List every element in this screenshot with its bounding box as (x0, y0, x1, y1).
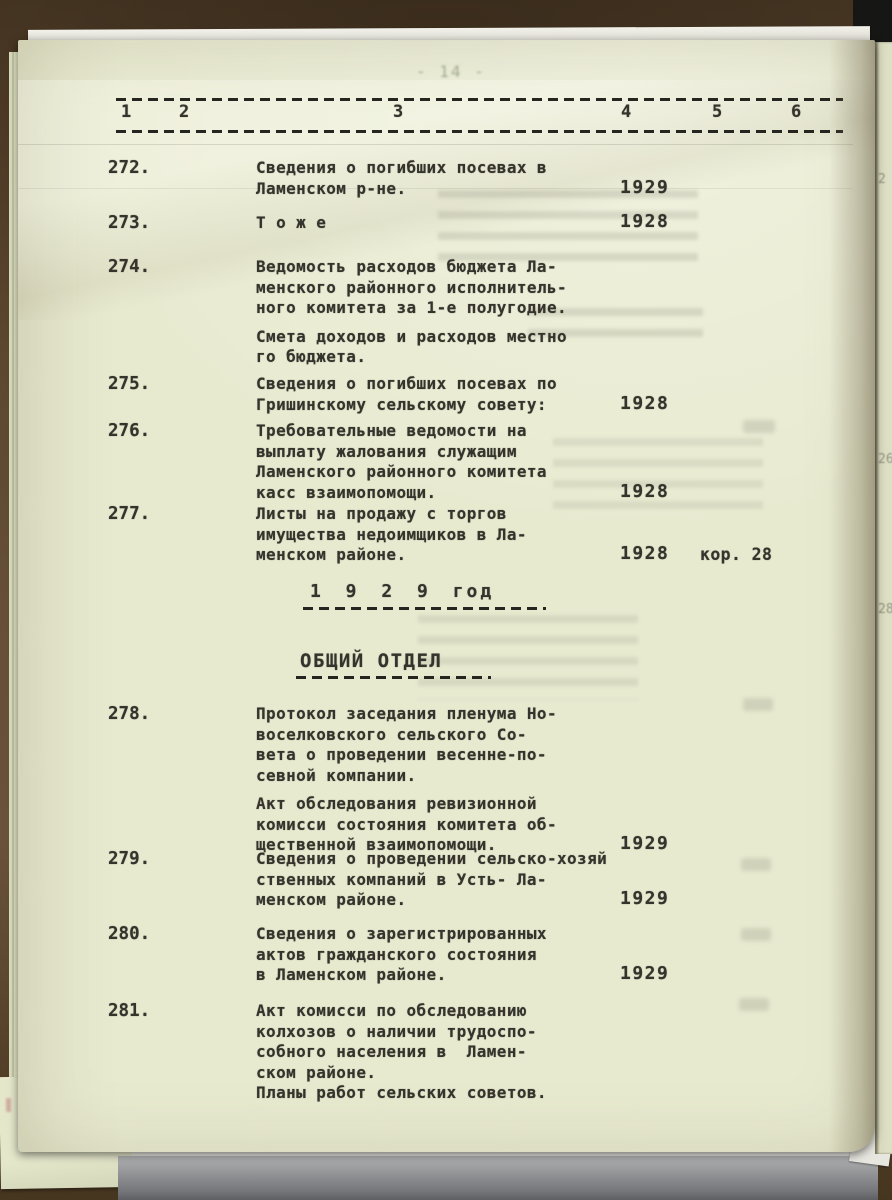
entry-paragraph: Сведения о погибших посевах вЛаменском р… (256, 158, 853, 199)
entry-text-line: в Ламенском районе.1929 (256, 965, 853, 986)
entry-text-line: Акт комисси по обследованию (256, 1001, 853, 1022)
entry-description: Сведения о погибших посевах вЛаменском р… (256, 158, 853, 199)
entry-text-line: Гришинскому сельскому совету:1928 (256, 395, 853, 416)
next-page-partial-number: 26 (878, 452, 892, 467)
entry-description: Сведения о погибших посевах поГришинском… (256, 374, 853, 415)
entry-year: 1928 (620, 482, 669, 503)
entry-number: 280. (108, 924, 256, 944)
inventory-entry: 280.Сведения о зарегистрированныхактов г… (108, 924, 853, 986)
next-page-partial-number: 2 (878, 172, 886, 187)
entry-number: 275. (108, 374, 256, 394)
entry-text-line: выплату жалования служащим (256, 442, 853, 463)
entry-paragraph: Сведения о погибших посевах поГришинском… (256, 374, 853, 415)
entry-description: Сведения о проведении сельско-хозяйствен… (256, 849, 853, 911)
inventory-entry: 279.Сведения о проведении сельско-хозяйс… (108, 849, 853, 911)
entry-text-line: Акт обследования ревизионной (256, 794, 853, 815)
entry-description: Т о ж е1928 (256, 213, 853, 234)
column-header-6: 6 (791, 102, 801, 122)
column-header-3: 3 (393, 102, 403, 122)
entry-text-line: Сведения о погибших посевах в (256, 158, 853, 179)
entry-text-line: Ведомость расходов бюджета Ла- (256, 257, 853, 278)
entry-text-line: Планы работ сельских советов. (256, 1083, 853, 1104)
entry-text-line: Смета доходов и расходов местно (256, 327, 853, 348)
inventory-entry: 274.Ведомость расходов бюджета Ла-менско… (108, 257, 853, 368)
entry-number: 273. (108, 213, 256, 233)
entry-number: 279. (108, 849, 256, 869)
next-page-edge: 2 26 28 (875, 42, 892, 1154)
entry-description: Листы на продажу с торговимущества недои… (256, 504, 853, 566)
entry-paragraph: Сведения о проведении сельско-хозяйствен… (256, 849, 853, 911)
entry-text-line: Сведения о проведении сельско-хозяй (256, 849, 853, 870)
entry-number: 278. (108, 704, 256, 724)
column-header-5: 5 (712, 102, 722, 122)
entry-paragraph: Сведения о зарегистрированныхактов гражд… (256, 924, 853, 986)
entry-text-line: колхозов о наличии трудоспо- (256, 1022, 853, 1043)
entry-year: 1928 (620, 394, 669, 415)
inventory-entry: 272.Сведения о погибших посевах вЛаменск… (108, 158, 853, 199)
section-heading-year-underline (303, 607, 546, 610)
entry-text-line: менском районе.1928кор. 28 (256, 545, 853, 566)
entry-text-line: Протокол заседания пленума Но- (256, 704, 853, 725)
entry-number: 274. (108, 257, 256, 277)
section-heading-department-underline (296, 676, 491, 679)
entry-text-line: ском районе. (256, 1063, 853, 1084)
next-page-partial-number: 28 (878, 602, 892, 617)
entry-text-line: Ламенском р-не.1929 (256, 179, 853, 200)
entry-paragraph: Требовательные ведомости навыплату жалов… (256, 421, 853, 503)
entry-number: 281. (108, 1001, 256, 1021)
entry-text-line: менского районного исполнитель- (256, 278, 853, 299)
entry-paragraph: Листы на продажу с торговимущества недои… (256, 504, 853, 566)
entry-text-line: имущества недоимщиков в Ла- (256, 525, 853, 546)
entry-box-note: кор. 28 (700, 545, 772, 566)
entry-description: Акт комисси по обследованиюколхозов о на… (256, 1001, 853, 1104)
entry-text-line: Ламенского районного комитета (256, 462, 853, 483)
column-header-1: 1 (121, 102, 131, 122)
entry-text-line: менском районе.1929 (256, 890, 853, 911)
inventory-entry: 281.Акт комисси по обследованиюколхозов … (108, 1001, 853, 1104)
inventory-entry: 273.Т о ж е1928 (108, 213, 853, 234)
entry-text-line: воселковского сельского Со- (256, 725, 853, 746)
entry-text-line: касс взаимопомощи.1928 (256, 483, 853, 504)
inventory-entry: 276.Требовательные ведомости навыплату ж… (108, 421, 853, 503)
archive-photo-background: { "document": { "faint_page_number": "- … (0, 0, 892, 1200)
entry-text-line: Т о ж е1928 (256, 213, 853, 234)
entry-paragraph: Ведомость расходов бюджета Ла-менского р… (256, 257, 853, 319)
inventory-page: - 14 - 1 2 3 4 5 6 1 9 2 9 год ОБЩИЙ ОТД… (18, 40, 875, 1152)
entry-number: 272. (108, 158, 256, 178)
entry-description: Сведения о зарегистрированныхактов гражд… (256, 924, 853, 986)
entry-text-line: ного комитета за 1-е полугодие. (256, 298, 853, 319)
entry-text-line: вета о проведении весенне-по- (256, 745, 853, 766)
bleed-through-text (418, 615, 638, 700)
entry-text-line: Требовательные ведомости на (256, 421, 853, 442)
entry-description: Протокол заседания пленума Но-воселковск… (256, 704, 853, 856)
table-header-rule-top (116, 98, 843, 101)
entry-text-line: ственных компаний в Усть- Ла- (256, 870, 853, 891)
section-heading-year: 1 9 2 9 год (310, 581, 494, 602)
entry-number: 277. (108, 504, 256, 524)
entry-text-line: собного населения в Ламен- (256, 1042, 853, 1063)
inventory-entry: 275.Сведения о погибших посевах поГришин… (108, 374, 853, 415)
entry-text-line: го бюджета. (256, 347, 853, 368)
entry-text-line: актов гражданского состояния (256, 945, 853, 966)
entry-paragraph: Акт комисси по обследованиюколхозов о на… (256, 1001, 853, 1104)
book-block-bottom-edge (118, 1156, 878, 1200)
entry-paragraph: Акт обследования ревизионнойкомисси сост… (256, 794, 853, 856)
entry-text-line: Сведения о погибших посевах по (256, 374, 853, 395)
section-heading-department: ОБЩИЙ ОТДЕЛ (300, 650, 442, 672)
pink-mark (6, 1098, 11, 1112)
column-header-4: 4 (621, 102, 631, 122)
inventory-entry: 278.Протокол заседания пленума Но-воселк… (108, 704, 853, 856)
entry-description: Требовательные ведомости навыплату жалов… (256, 421, 853, 503)
entry-year: 1929 (620, 964, 669, 985)
entry-text-line: Сведения о зарегистрированных (256, 924, 853, 945)
column-header-2: 2 (179, 102, 189, 122)
inventory-entry: 277.Листы на продажу с торговимущества н… (108, 504, 853, 566)
entry-text-line: Листы на продажу с торгов (256, 504, 853, 525)
entry-year: 1928 (620, 544, 669, 565)
table-header-rule-bottom (116, 130, 843, 133)
entry-text-line: севной компании. (256, 766, 853, 787)
entry-year: 1929 (620, 178, 669, 199)
entry-paragraph: Протокол заседания пленума Но-воселковск… (256, 704, 853, 786)
entry-description: Ведомость расходов бюджета Ла-менского р… (256, 257, 853, 368)
entry-paragraph: Смета доходов и расходов местного бюджет… (256, 327, 853, 368)
entry-paragraph: Т о ж е1928 (256, 213, 853, 234)
faint-ruled-line (18, 144, 853, 145)
entry-text-line: комисси состояния комитета об- (256, 815, 853, 836)
entry-number: 276. (108, 421, 256, 441)
entry-year: 1928 (620, 212, 669, 233)
entry-year: 1929 (620, 889, 669, 910)
faint-page-number: - 14 - (416, 62, 516, 81)
